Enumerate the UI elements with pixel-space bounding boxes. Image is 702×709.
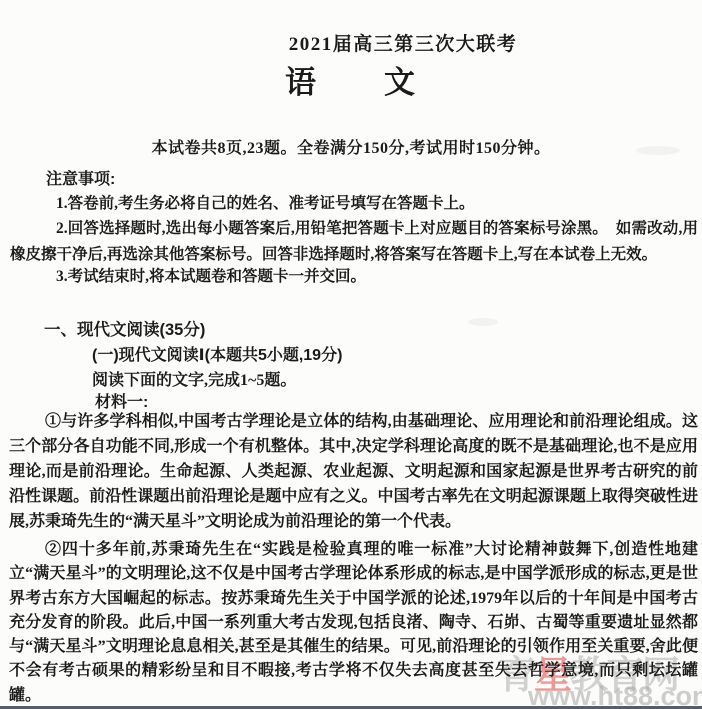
subject-title: 语 文 (0, 57, 702, 102)
notice-heading: 注意事项: (46, 166, 115, 189)
notice-item-1: 1.答卷前,考生务必将自己的姓名、准考证号填写在答题卡上。 (56, 191, 696, 213)
material-paragraph-1: ①与许多学科相似,中国考古学理论是立体的结构,由基础理论、应用理论和前沿理论组成… (9, 409, 698, 534)
exam-paper-page: 2021届高三第三次大联考 语 文 本试卷共8页,23题。全卷满分150分,考试… (0, 0, 702, 709)
notice-item-2: 2.回答选择题时,选出每小题答案后,用铅笔把答题卡上对应题目的答案标号涂黑。 如… (10, 216, 698, 267)
section-heading: 一、现代文阅读(35分) (44, 316, 205, 340)
exam-session-title: 2021届高三第三次大联考 (289, 29, 518, 56)
reading-instruction: 阅读下面的文字,完成1~5题。 (92, 367, 296, 390)
material-paragraph-2: ②四十多年前,苏秉琦先生在“实践是检验真理的唯一标准”大讨论精神鼓舞下,创造性地… (9, 538, 698, 708)
section-subheading: (一)现代文阅读Ⅰ(本题共5小题,19分) (92, 342, 342, 365)
scan-smudge (468, 318, 498, 326)
notice-item-3: 3.考试结束时,将本试题卷和答题卡一并交回。 (56, 264, 366, 286)
paper-info-line: 本试卷共8页,23题。全卷满分150分,考试用时150分钟。 (0, 135, 702, 158)
scan-smudge (636, 146, 680, 155)
